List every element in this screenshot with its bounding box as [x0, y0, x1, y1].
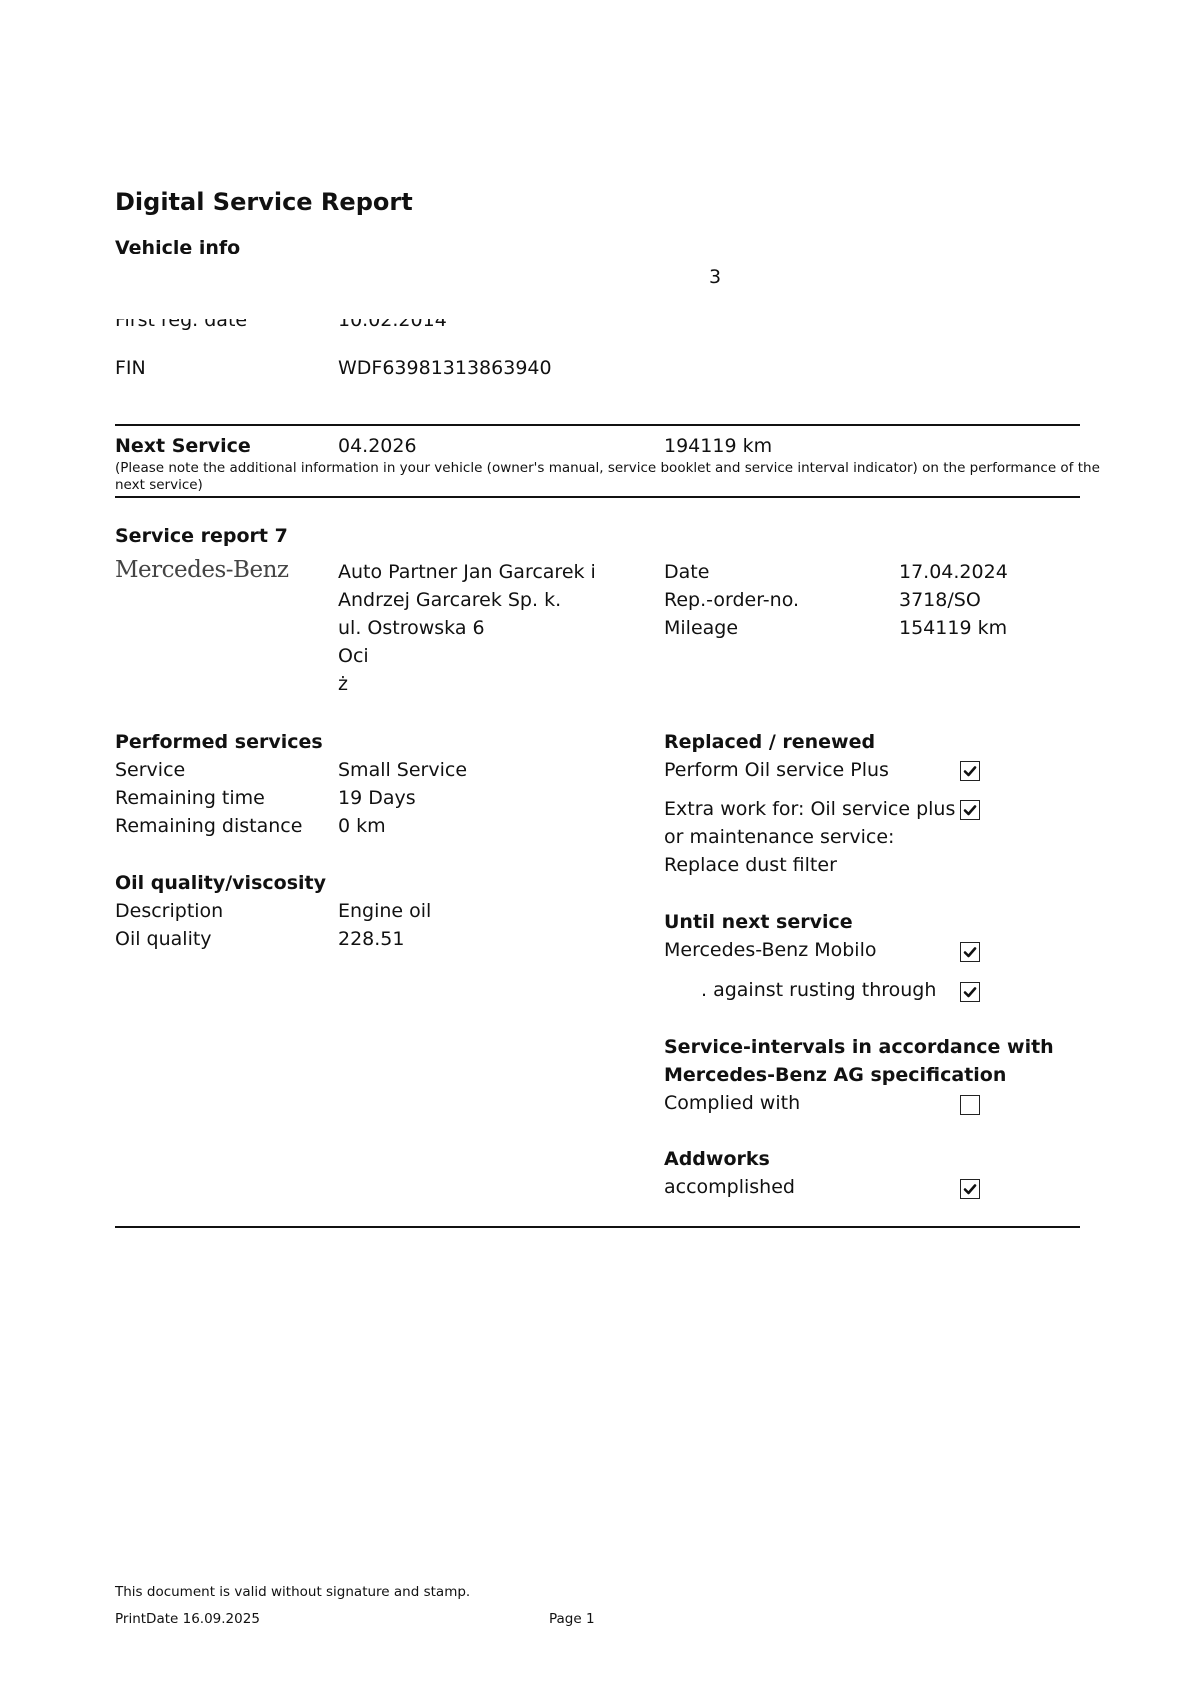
intervals-heading-1: Service-intervals in accordance with	[664, 1033, 1054, 1061]
redaction-mask	[660, 958, 706, 976]
checkbox-rust-protection[interactable]	[960, 982, 980, 1002]
detail-label-date: Date	[664, 558, 709, 586]
checkbox-perform-oil-service[interactable]	[960, 761, 980, 781]
oil-heading: Oil quality/viscosity	[115, 869, 326, 897]
addworks-item-label: accomplished	[664, 1173, 795, 1201]
remaining-distance-value: 0 km	[338, 812, 386, 840]
replaced-item-label: Perform Oil service Plus	[664, 756, 889, 784]
vehicle-info-clip: Vehicle info	[115, 236, 415, 254]
until-next-item-label: . against rusting through	[701, 976, 936, 1004]
dealer-line: Andrzej Garcarek Sp. k.	[338, 586, 561, 614]
footer-print-date: PrintDate 16.09.2025	[115, 1611, 260, 1627]
dealer-line: ul. Ostrowska 6	[338, 614, 485, 642]
first-reg-clip: First reg. date 10.02.2014	[115, 319, 715, 334]
checkmark-icon	[963, 985, 977, 999]
detail-value-date: 17.04.2024	[899, 558, 1008, 586]
detail-label-mileage: Mileage	[664, 614, 738, 642]
divider	[115, 1226, 1080, 1228]
footer-page-number: Page 1	[549, 1611, 595, 1627]
dealer-line: ż	[338, 670, 348, 698]
service-report-heading: Service report 7	[115, 522, 288, 550]
next-service-label: Next Service	[115, 432, 251, 460]
oil-description-label: Description	[115, 897, 223, 925]
checkbox-accomplished[interactable]	[960, 1179, 980, 1199]
replaced-item-label: or maintenance service:	[664, 823, 894, 851]
page-title: Digital Service Report	[115, 188, 413, 215]
checkmark-icon	[963, 764, 977, 778]
checkmark-icon	[963, 1182, 977, 1196]
detail-label-order: Rep.-order-no.	[664, 586, 799, 614]
remaining-distance-label: Remaining distance	[115, 812, 302, 840]
performed-services-heading: Performed services	[115, 728, 323, 756]
checkbox-extra-work[interactable]	[960, 800, 980, 820]
next-service-note-1: (Please note the additional information …	[115, 460, 1100, 477]
intervals-heading-2: Mercedes-Benz AG specification	[664, 1061, 1006, 1089]
detail-value-mileage: 154119 km	[899, 614, 1007, 642]
vehicle-fragment: 3	[709, 263, 721, 291]
next-service-date: 04.2026	[338, 432, 417, 460]
vehicle-info-heading: Vehicle info	[115, 236, 240, 254]
first-reg-value: 10.02.2014	[338, 319, 447, 334]
addworks-heading: Addworks	[664, 1145, 770, 1173]
divider	[115, 496, 1080, 498]
title-clip: Digital Service Report	[115, 188, 515, 215]
next-service-note-2: next service)	[115, 477, 203, 494]
first-reg-label: First reg. date	[115, 319, 247, 334]
dealer-line: Oci	[338, 642, 369, 670]
replaced-item-label: Replace dust filter	[664, 851, 837, 879]
brand-logo: Mercedes-Benz	[115, 557, 289, 583]
checkmark-icon	[963, 945, 977, 959]
oil-quality-value: 228.51	[338, 925, 404, 953]
fin-label: FIN	[115, 354, 146, 382]
service-value: Small Service	[338, 756, 467, 784]
checkmark-icon	[963, 803, 977, 817]
remaining-time-value: 19 Days	[338, 784, 416, 812]
remaining-time-label: Remaining time	[115, 784, 265, 812]
intervals-item-label: Complied with	[664, 1089, 800, 1117]
detail-value-order: 3718/SO	[899, 586, 981, 614]
oil-quality-label: Oil quality	[115, 925, 212, 953]
service-label: Service	[115, 756, 185, 784]
next-service-mileage: 194119 km	[664, 432, 772, 460]
until-next-heading: Until next service	[664, 908, 853, 936]
dealer-line: Auto Partner Jan Garcarek i	[338, 558, 596, 586]
checkbox-complied-with[interactable]	[960, 1095, 980, 1115]
replaced-item-label: Extra work for: Oil service plus	[664, 795, 955, 823]
divider	[115, 424, 1080, 426]
fin-value: WDF63981313863940	[338, 354, 552, 382]
checkbox-mobilo[interactable]	[960, 942, 980, 962]
footer-validity: This document is valid without signature…	[115, 1584, 470, 1600]
replaced-heading: Replaced / renewed	[664, 728, 875, 756]
oil-description-value: Engine oil	[338, 897, 431, 925]
